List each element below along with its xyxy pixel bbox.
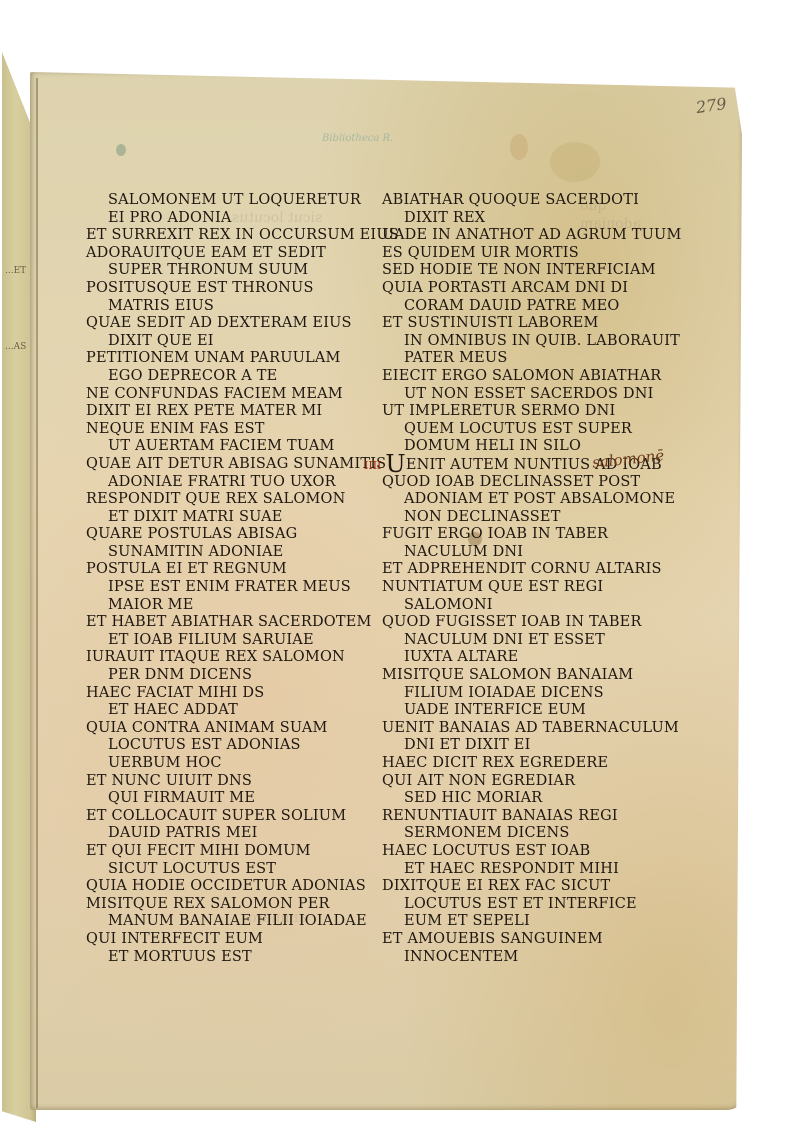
line-text: quae ait detur abisag sunamitis: [86, 456, 386, 472]
line-text: manum banaiae filii ioiadae: [108, 913, 367, 929]
manuscript-line: locutus est et interfice: [382, 896, 682, 914]
manuscript-line: et mortuus est: [86, 949, 399, 967]
manuscript-line: salomoni: [382, 597, 682, 615]
manuscript-line: eiecit ergo salomon abiathar: [382, 368, 682, 386]
leaf-fragment: ...ET: [5, 266, 26, 276]
line-text: qui firmauit me: [108, 790, 255, 806]
line-text: dixit que ei: [108, 333, 214, 349]
manuscript-line: innocentem: [382, 949, 682, 967]
left-text-column: salomonem ut loquereturei pro adoniaet s…: [86, 192, 399, 966]
line-text: et surrexit rex in occursum eius: [86, 227, 399, 243]
line-text: et qui fecit mihi domum: [86, 843, 311, 859]
line-text: sunamitin adoniae: [108, 544, 283, 560]
line-text: matris eius: [108, 298, 214, 314]
manuscript-line: petitionem unam paruulam: [86, 350, 399, 368]
line-text: et ioab filium saruiae: [108, 632, 314, 648]
manuscript-line: ut non esset sacerdos dni: [382, 386, 682, 404]
line-text: quia contra animam suam: [86, 720, 328, 736]
manuscript-line: uerbum hoc: [86, 755, 399, 773]
line-text: misitque salomon banaiam: [382, 667, 633, 683]
manuscript-line: dni et dixit ei: [382, 737, 682, 755]
line-text: renuntiauit banaias regi: [382, 808, 618, 824]
line-text: misitque rex salomon per: [86, 896, 330, 912]
manuscript-line: nuntiatum que est regi: [382, 579, 682, 597]
line-text: locutus est et interfice: [404, 896, 637, 912]
manuscript-line: et habet abiathar sacerdotem: [86, 614, 399, 632]
manuscript-line: quem locutus est super: [382, 421, 682, 439]
manuscript-line: haec dicit rex egredere: [382, 755, 682, 773]
line-text: respondit que rex salomon: [86, 491, 345, 507]
line-text: et haec addat: [108, 702, 238, 718]
line-text: ut impleretur sermo dni: [382, 403, 615, 419]
line-text: et sustinuisti laborem: [382, 315, 599, 331]
line-text: quem locutus est super: [404, 421, 632, 437]
rubric-section-numeral: IIII: [364, 459, 381, 472]
manuscript-line: ipse est enim frater meus: [86, 579, 399, 597]
manuscript-line: et surrexit rex in occursum eius: [86, 227, 399, 245]
manuscript-line: dixit rex: [382, 210, 682, 228]
line-text: quod fugisset ioab in taber: [382, 614, 642, 630]
line-text: abiathar quoque sacerdoti: [382, 192, 639, 208]
manuscript-line: locutus est adonias: [86, 737, 399, 755]
manuscript-line: manum banaiae filii ioiadae: [86, 913, 399, 931]
manuscript-line: postula ei et regnum: [86, 561, 399, 579]
manuscript-line: adoniam et post absalomone: [382, 491, 682, 509]
line-text: sed hic moriar: [404, 790, 542, 806]
manuscript-line: pater meus: [382, 350, 682, 368]
line-text: quod ioab declinasset post: [382, 474, 640, 490]
manuscript-line: dixit que ei: [86, 333, 399, 351]
manuscript-line: filium ioiadae dicens: [382, 685, 682, 703]
line-text: haec dicit rex egredere: [382, 755, 608, 771]
manuscript-line: dauid patris mei: [86, 825, 399, 843]
manuscript-line: haec locutus est ioab: [382, 843, 682, 861]
line-text: in omnibus in quib. laborauit: [404, 333, 680, 349]
line-text: neque enim fas est: [86, 421, 265, 437]
line-text: maior me: [108, 597, 194, 613]
manuscript-line: es quidem uir mortis: [382, 245, 682, 263]
manuscript-line: iurauit itaque rex salomon: [86, 649, 399, 667]
manuscript-line: super thronum suum: [86, 262, 399, 280]
manuscript-line: et qui fecit mihi domum: [86, 843, 399, 861]
line-text: positusque est thronus: [86, 280, 314, 296]
line-text: domum heli in silo: [404, 438, 581, 454]
line-text: et dixit matri suae: [108, 509, 283, 525]
line-text: innocentem: [404, 949, 518, 965]
line-text: dixit ei rex pete mater mi: [86, 403, 322, 419]
line-text: haec faciat mihi ds: [86, 685, 264, 701]
right-text-column: abiathar quoque sacerdotidixit rexuade i…: [382, 192, 682, 966]
line-text: et mortuus est: [108, 949, 252, 965]
line-text: qui interfecit eum: [86, 931, 263, 947]
manuscript-line: sicut locutus est: [86, 861, 399, 879]
line-text: et haec respondit mihi: [404, 861, 619, 877]
manuscript-line: quia contra animam suam: [86, 720, 399, 738]
line-text: adoniae fratri tuo uxor: [108, 474, 336, 490]
line-text: iuxta altare: [404, 649, 518, 665]
line-text: filium ioiadae dicens: [404, 685, 604, 701]
manuscript-line: ut impleretur sermo dni: [382, 403, 682, 421]
manuscript-line: haec faciat mihi ds: [86, 685, 399, 703]
manuscript-line: in omnibus in quib. laborauit: [382, 333, 682, 351]
manuscript-line: quod fugisset ioab in taber: [382, 614, 682, 632]
manuscript-line: ut auertam faciem tuam: [86, 438, 399, 456]
line-text: et nunc uiuit dns: [86, 773, 252, 789]
gutter-fold: [36, 78, 38, 1108]
manuscript-line: ne confundas faciem meam: [86, 386, 399, 404]
line-text: haec locutus est ioab: [382, 843, 590, 859]
manuscript-line: per dnm dicens: [86, 667, 399, 685]
library-stamp: Bibliotheca R.: [322, 133, 393, 144]
leaf-fragment: ...AS: [5, 342, 26, 352]
stain: [116, 144, 126, 156]
manuscript-line: maior me: [86, 597, 399, 615]
manuscript-line: et haec addat: [86, 702, 399, 720]
manuscript-line: adorauitque eam et sedit: [86, 245, 399, 263]
line-text: qui ait non egrediar: [382, 773, 575, 789]
line-text: naculum dni: [404, 544, 523, 560]
manuscript-line: sermonem dicens: [382, 825, 682, 843]
manuscript-line: salomonem ut loqueretur: [86, 192, 399, 210]
line-text: quia hodie occidetur adonias: [86, 878, 366, 894]
line-text: pater meus: [404, 350, 507, 366]
manuscript-line: uade in anathot ad agrum tuum: [382, 227, 682, 245]
manuscript-line: quia hodie occidetur adonias: [86, 878, 399, 896]
line-text: eiecit ergo salomon abiathar: [382, 368, 661, 384]
manuscript-line: et sustinuisti laborem: [382, 315, 682, 333]
line-text: et collocauit super solium: [86, 808, 346, 824]
manuscript-line: sed hodie te non interficiam: [382, 262, 682, 280]
manuscript-line: fugit ergo ioab in taber: [382, 526, 682, 544]
manuscript-line: sed hic moriar: [382, 790, 682, 808]
manuscript-line: coram dauid patre meo: [382, 298, 682, 316]
manuscript-line: quae sedit ad dexteram eius: [86, 315, 399, 333]
line-text: quia portasti arcam dni di: [382, 280, 628, 296]
line-text: ipse est enim frater meus: [108, 579, 351, 595]
line-text: uenit banaias ad tabernaculum: [382, 720, 679, 736]
manuscript-line: sunamitin adoniae: [86, 544, 399, 562]
manuscript-line: quae ait detur abisag sunamitis: [86, 456, 399, 474]
manuscript-line: et haec respondit mihi: [382, 861, 682, 879]
manuscript-line: matris eius: [86, 298, 399, 316]
manuscript-line: et amouebis sanguinem: [382, 931, 682, 949]
line-text: postula ei et regnum: [86, 561, 287, 577]
manuscript-line: misitque salomon banaiam: [382, 667, 682, 685]
manuscript-line: naculum dni et esset: [382, 632, 682, 650]
manuscript-line: dixit ei rex pete mater mi: [86, 403, 399, 421]
stain: [550, 142, 600, 182]
manuscript-line: adoniae fratri tuo uxor: [86, 474, 399, 492]
manuscript-line: neque enim fas est: [86, 421, 399, 439]
manuscript-line: non declinasset: [382, 509, 682, 527]
manuscript-line: et nunc uiuit dns: [86, 773, 399, 791]
stain: [510, 134, 528, 160]
manuscript-line: respondit que rex salomon: [86, 491, 399, 509]
manuscript-line: quod ioab declinasset post: [382, 474, 682, 492]
manuscript-line: qui ait non egrediar: [382, 773, 682, 791]
line-text: dixitque ei rex fac sicut: [382, 878, 610, 894]
manuscript-line: misitque rex salomon per: [86, 896, 399, 914]
manuscript-line: qui firmauit me: [86, 790, 399, 808]
manuscript-line: quia portasti arcam dni di: [382, 280, 682, 298]
line-text: ut non esset sacerdos dni: [404, 386, 654, 402]
manuscript-line: quare postulas abisag: [86, 526, 399, 544]
line-text: et habet abiathar sacerdotem: [86, 614, 372, 630]
line-text: uade interfice eum: [404, 702, 586, 718]
line-text: salomoni: [404, 597, 493, 613]
line-text: iurauit itaque rex salomon: [86, 649, 345, 665]
line-text: adoniam et post absalomone: [404, 491, 675, 507]
line-text: ut auertam faciem tuam: [108, 438, 335, 454]
line-text: sed hodie te non interficiam: [382, 262, 656, 278]
line-text: naculum dni et esset: [404, 632, 605, 648]
manuscript-line: qui interfecit eum: [86, 931, 399, 949]
line-text: uade in anathot ad agrum tuum: [382, 227, 682, 243]
manuscript-line: eum et sepeli: [382, 913, 682, 931]
line-text: dauid patris mei: [108, 825, 258, 841]
line-text: quae sedit ad dexteram eius: [86, 315, 352, 331]
line-text: et amouebis sanguinem: [382, 931, 603, 947]
manuscript-line: ei pro adonia: [86, 210, 399, 228]
line-text: es quidem uir mortis: [382, 245, 579, 261]
line-text: petitionem unam paruulam: [86, 350, 341, 366]
line-text: nuntiatum que est regi: [382, 579, 603, 595]
line-text: ne confundas faciem meam: [86, 386, 343, 402]
manuscript-line: et dixit matri suae: [86, 509, 399, 527]
line-text: salomonem ut loqueretur: [108, 192, 361, 208]
line-text: ei pro adonia: [108, 210, 232, 226]
manuscript-line: iuxta altare: [382, 649, 682, 667]
line-text: non declinasset: [404, 509, 561, 525]
manuscript-line: et ioab filium saruiae: [86, 632, 399, 650]
line-text: dni et dixit ei: [404, 737, 531, 753]
line-text: sermonem dicens: [404, 825, 570, 841]
manuscript-line: naculum dni: [382, 544, 682, 562]
line-text: coram dauid patre meo: [404, 298, 620, 314]
manuscript-line: uenit banaias ad tabernaculum: [382, 720, 682, 738]
line-text: eum et sepeli: [404, 913, 530, 929]
line-text: super thronum suum: [108, 262, 308, 278]
manuscript-line: et adprehendit cornu altaris: [382, 561, 682, 579]
manuscript-line: uade interfice eum: [382, 702, 682, 720]
line-text: quare postulas abisag: [86, 526, 297, 542]
manuscript-line: renuntiauit banaias regi: [382, 808, 682, 826]
line-text: et adprehendit cornu altaris: [382, 561, 662, 577]
line-text: per dnm dicens: [108, 667, 252, 683]
line-text: sicut locutus est: [108, 861, 276, 877]
line-text: ego deprecor a te: [108, 368, 277, 384]
manuscript-line: et collocauit super solium: [86, 808, 399, 826]
line-text: fugit ergo ioab in taber: [382, 526, 608, 542]
manuscript-line: dixitque ei rex fac sicut: [382, 878, 682, 896]
line-text: dixit rex: [404, 210, 485, 226]
line-text: uerbum hoc: [108, 755, 222, 771]
manuscript-line: positusque est thronus: [86, 280, 399, 298]
line-text: adorauitque eam et sedit: [86, 245, 326, 261]
manuscript-line: ego deprecor a te: [86, 368, 399, 386]
manuscript-line: abiathar quoque sacerdoti: [382, 192, 682, 210]
line-text: locutus est adonias: [108, 737, 301, 753]
